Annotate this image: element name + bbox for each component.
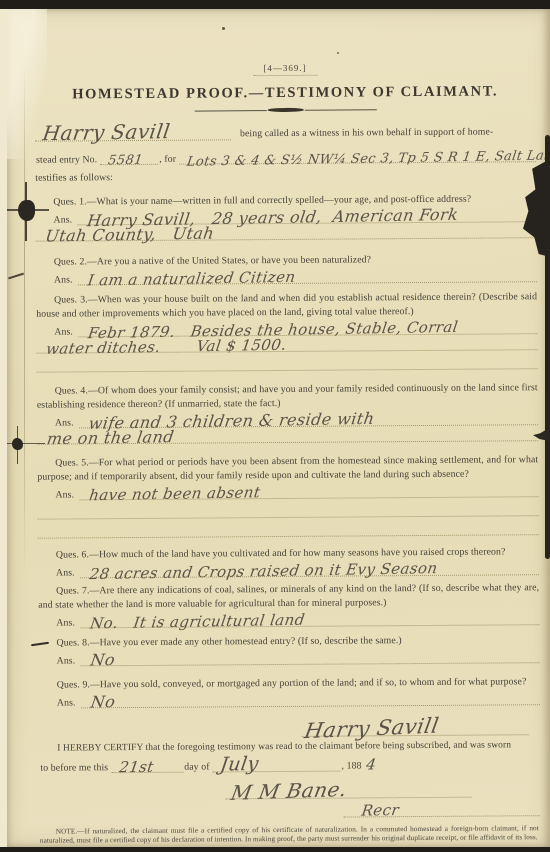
question-2-answer-row: Ans. I am a naturalized Citizen [36, 266, 537, 285]
ink-blot [18, 200, 35, 221]
question-4-answer-continuation: me on the land [37, 425, 538, 444]
question-6-answer-row: Ans. 28 acres and Crops raised on it Evy… [38, 559, 539, 578]
before-me-label: to before me this [39, 762, 111, 774]
day-line: 21st [111, 752, 183, 774]
blank-answer-line [38, 516, 539, 538]
answer-line: I am a naturalized Citizen [78, 265, 537, 285]
fold-crease [24, 64, 25, 574]
day-of-label: day of [183, 761, 212, 772]
answer-line: No [80, 688, 539, 708]
scan-edge-bottom [0, 847, 550, 852]
document-page: [4—369.] HOMESTEAD PROOF.—TESTIMONY OF C… [7, 9, 550, 847]
question-7-block: Ques. 7.—Are there any indications of co… [38, 581, 539, 628]
question-1-block: Ques. 1.—What is your name—written in fu… [35, 192, 536, 241]
ink-speck [222, 27, 225, 30]
handwritten-answer: Utah County, Utah [44, 224, 215, 246]
answer-line: me on the land [37, 424, 538, 444]
scan-edge-top [0, 0, 550, 9]
handwritten-entry-number: 5581 [107, 153, 144, 169]
handwritten-claimant-signature: Harry Savill [303, 714, 441, 744]
handwritten-answer: No [89, 692, 116, 711]
page-content: [4—369.] HOMESTEAD PROOF.—TESTIMONY OF C… [7, 9, 550, 847]
land-description-line: Lots 3 & 4 & S½ NW¼ Sec 3, Tp 5 S R 1 E,… [179, 140, 536, 164]
month-line: July [212, 751, 340, 773]
question-8-block: Ques. 8.—Have you ever made any other ho… [38, 633, 539, 666]
question-4-block: Ques. 4.—Of whom does your family consis… [37, 381, 538, 444]
entry-no-label: stead entry No. [35, 154, 100, 165]
answer-label: Ans. [57, 655, 81, 666]
officer-signature-line: M M Bane. [225, 773, 471, 800]
handwritten-year-digit: 4 [365, 755, 378, 773]
handwritten-answer: No [89, 650, 116, 669]
handwritten-day: 21st [118, 758, 155, 777]
intro-row-1: Harry Savill being called as a witness i… [35, 113, 536, 141]
page-title: HOMESTEAD PROOF.—TESTIMONY OF CLAIMANT. [35, 83, 536, 103]
question-7-answer-row: Ans. No. It is agricultural land [38, 609, 539, 628]
handwritten-land-description: Lots 3 & 4 & S½ NW¼ Sec 3, Tp 5 S R 1 E,… [186, 148, 550, 170]
certification-block: I HEREBY CERTIFY that the foregoing test… [39, 740, 540, 773]
question-5-block: Ques. 5.—For what period or periods have… [37, 453, 539, 538]
handwritten-answer: No. It is agricultural land [89, 611, 306, 633]
answer-label: Ans. [55, 489, 79, 500]
divider-diamond [267, 108, 303, 112]
handwritten-answer: 28 acres and Crops raised on it Evy Seas… [88, 559, 438, 583]
form-number: [4—369.] [253, 63, 317, 76]
question-6-block: Ques. 6.—How much of the land have you c… [38, 545, 539, 578]
answer-line: No. It is agricultural land [80, 608, 539, 628]
handwritten-month: July [219, 753, 260, 776]
certification-date-row: to before me this 21st day of July , 188… [39, 750, 540, 773]
handwritten-answer: me on the land [46, 427, 176, 448]
title-divider [35, 106, 536, 113]
claimant-name-line: Harry Savill [35, 114, 231, 141]
question-3-block: Ques. 3.—When was your house built on th… [36, 290, 538, 372]
handwritten-answer: I am a naturalized Citizen [86, 268, 296, 290]
ink-speck [337, 52, 339, 54]
question-9-answer-row: Ans. No [39, 689, 540, 708]
question-8-answer-row: Ans. No [39, 647, 540, 666]
question-2-block: Ques. 2.—Are you a native of the United … [36, 252, 537, 285]
divider-line [304, 109, 376, 111]
answer-line: 28 acres and Crops raised on it Evy Seas… [80, 558, 539, 578]
handwritten-officer-signature: M M Bane. [229, 777, 349, 805]
ink-blot [12, 438, 23, 450]
divider-line [194, 110, 266, 112]
claimant-signature-line: Harry Savill [301, 708, 529, 737]
answer-line: water ditches. Val $ 1500. [36, 333, 537, 353]
intro-printed-text: being called as a witness in his own beh… [231, 126, 536, 140]
officer-title-line: Recr [344, 799, 540, 817]
entry-number-line: 5581 [100, 143, 158, 165]
for-label: , for [158, 154, 179, 165]
handwritten-claimant-name: Harry Savill [41, 119, 172, 145]
answer-label: Ans. [56, 567, 80, 578]
answer-line: have not been absent [79, 480, 538, 500]
footnote-text: NOTE.—If naturalized, the claimant must … [40, 824, 539, 846]
question-9-block: Ques. 9.—Have you sold, conveyed, or mor… [39, 675, 540, 708]
answer-line: Utah County, Utah [36, 221, 537, 241]
answer-label: Ans. [57, 697, 81, 708]
scanned-homestead-document: { "paper": { "form_number": "[4—369.]", … [0, 0, 550, 852]
testifies-label: testifies as follows: [35, 169, 536, 183]
answer-line: No [80, 646, 539, 666]
intro-row-2: stead entry No. 5581 , for Lots 3 & 4 & … [35, 141, 536, 165]
year-printed: , 188 [340, 760, 364, 771]
handwritten-officer-title: Recr [360, 801, 400, 820]
handwritten-answer: have not been absent [88, 483, 262, 504]
answer-label: Ans. [54, 274, 78, 285]
answer-label: Ans. [56, 617, 80, 628]
question-1-answer-continuation: Utah County, Utah [36, 222, 537, 241]
